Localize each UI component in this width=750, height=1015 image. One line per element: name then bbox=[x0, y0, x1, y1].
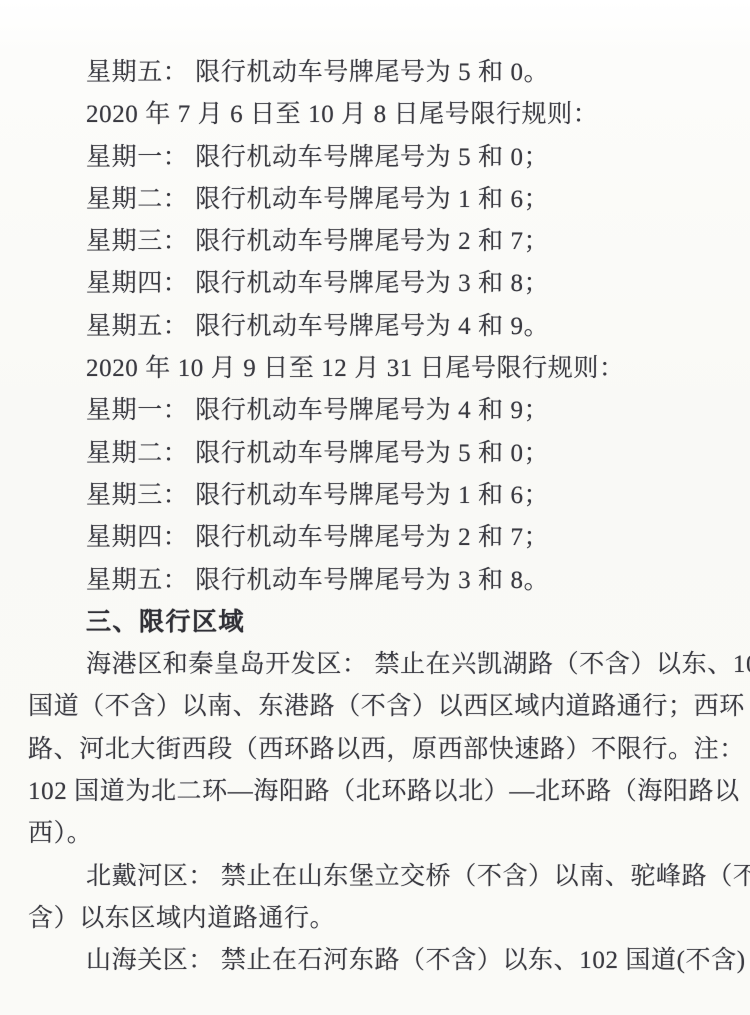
rule-line-friday-previous-period: 星期五： 限行机动车号牌尾号为 5 和 0。 bbox=[28, 52, 738, 94]
paragraph-beidaihe-district-line1: 北戴河区： 禁止在山东堡立交桥（不含）以南、驼峰路（不 bbox=[28, 856, 738, 898]
paragraph-haigang-district-line3: 路、河北大街西段（西环路以西，原西部快速路）不限行。注： bbox=[28, 729, 738, 771]
paragraph-haigang-district-line1: 海港区和秦皇岛开发区： 禁止在兴凯湖路（不含）以东、102 bbox=[28, 644, 738, 686]
rule-line-tuesday-period2: 星期二： 限行机动车号牌尾号为 5 和 0； bbox=[28, 433, 738, 475]
paragraph-shanhaiguan-district-line1: 山海关区： 禁止在石河东路（不含）以东、102 国道(不含) bbox=[28, 940, 738, 982]
rule-line-friday-period1: 星期五： 限行机动车号牌尾号为 4 和 9。 bbox=[28, 306, 738, 348]
period-heading-oct9-dec31: 2020 年 10 月 9 日至 12 月 31 日尾号限行规则： bbox=[28, 348, 738, 390]
paragraph-haigang-district-line2: 国道（不含）以南、东港路（不含）以西区域内道路通行；西环 bbox=[28, 686, 738, 728]
rule-line-thursday-period2: 星期四： 限行机动车号牌尾号为 2 和 7； bbox=[28, 517, 738, 559]
rule-line-wednesday-period2: 星期三： 限行机动车号牌尾号为 1 和 6； bbox=[28, 475, 738, 517]
paragraph-beidaihe-district-line2: 含）以东区域内道路通行。 bbox=[28, 898, 738, 940]
paragraph-haigang-district-line4: 102 国道为北二环—海阳路（北环路以北）—北环路（海阳路以 bbox=[28, 771, 738, 813]
rule-line-thursday-period1: 星期四： 限行机动车号牌尾号为 3 和 8； bbox=[28, 263, 738, 305]
rule-line-monday-period2: 星期一： 限行机动车号牌尾号为 4 和 9； bbox=[28, 390, 738, 432]
rule-line-wednesday-period1: 星期三： 限行机动车号牌尾号为 2 和 7； bbox=[28, 221, 738, 263]
scanned-document-page: 星期五： 限行机动车号牌尾号为 5 和 0。 2020 年 7 月 6 日至 1… bbox=[0, 0, 750, 1015]
rule-line-monday-period1: 星期一： 限行机动车号牌尾号为 5 和 0； bbox=[28, 137, 738, 179]
rule-line-tuesday-period1: 星期二： 限行机动车号牌尾号为 1 和 6； bbox=[28, 179, 738, 221]
rule-line-friday-period2: 星期五： 限行机动车号牌尾号为 3 和 8。 bbox=[28, 560, 738, 602]
section-heading-restricted-area: 三、限行区域 bbox=[28, 602, 738, 644]
period-heading-jul6-oct8: 2020 年 7 月 6 日至 10 月 8 日尾号限行规则： bbox=[28, 94, 738, 136]
paragraph-haigang-district-line5: 西）。 bbox=[28, 813, 738, 855]
